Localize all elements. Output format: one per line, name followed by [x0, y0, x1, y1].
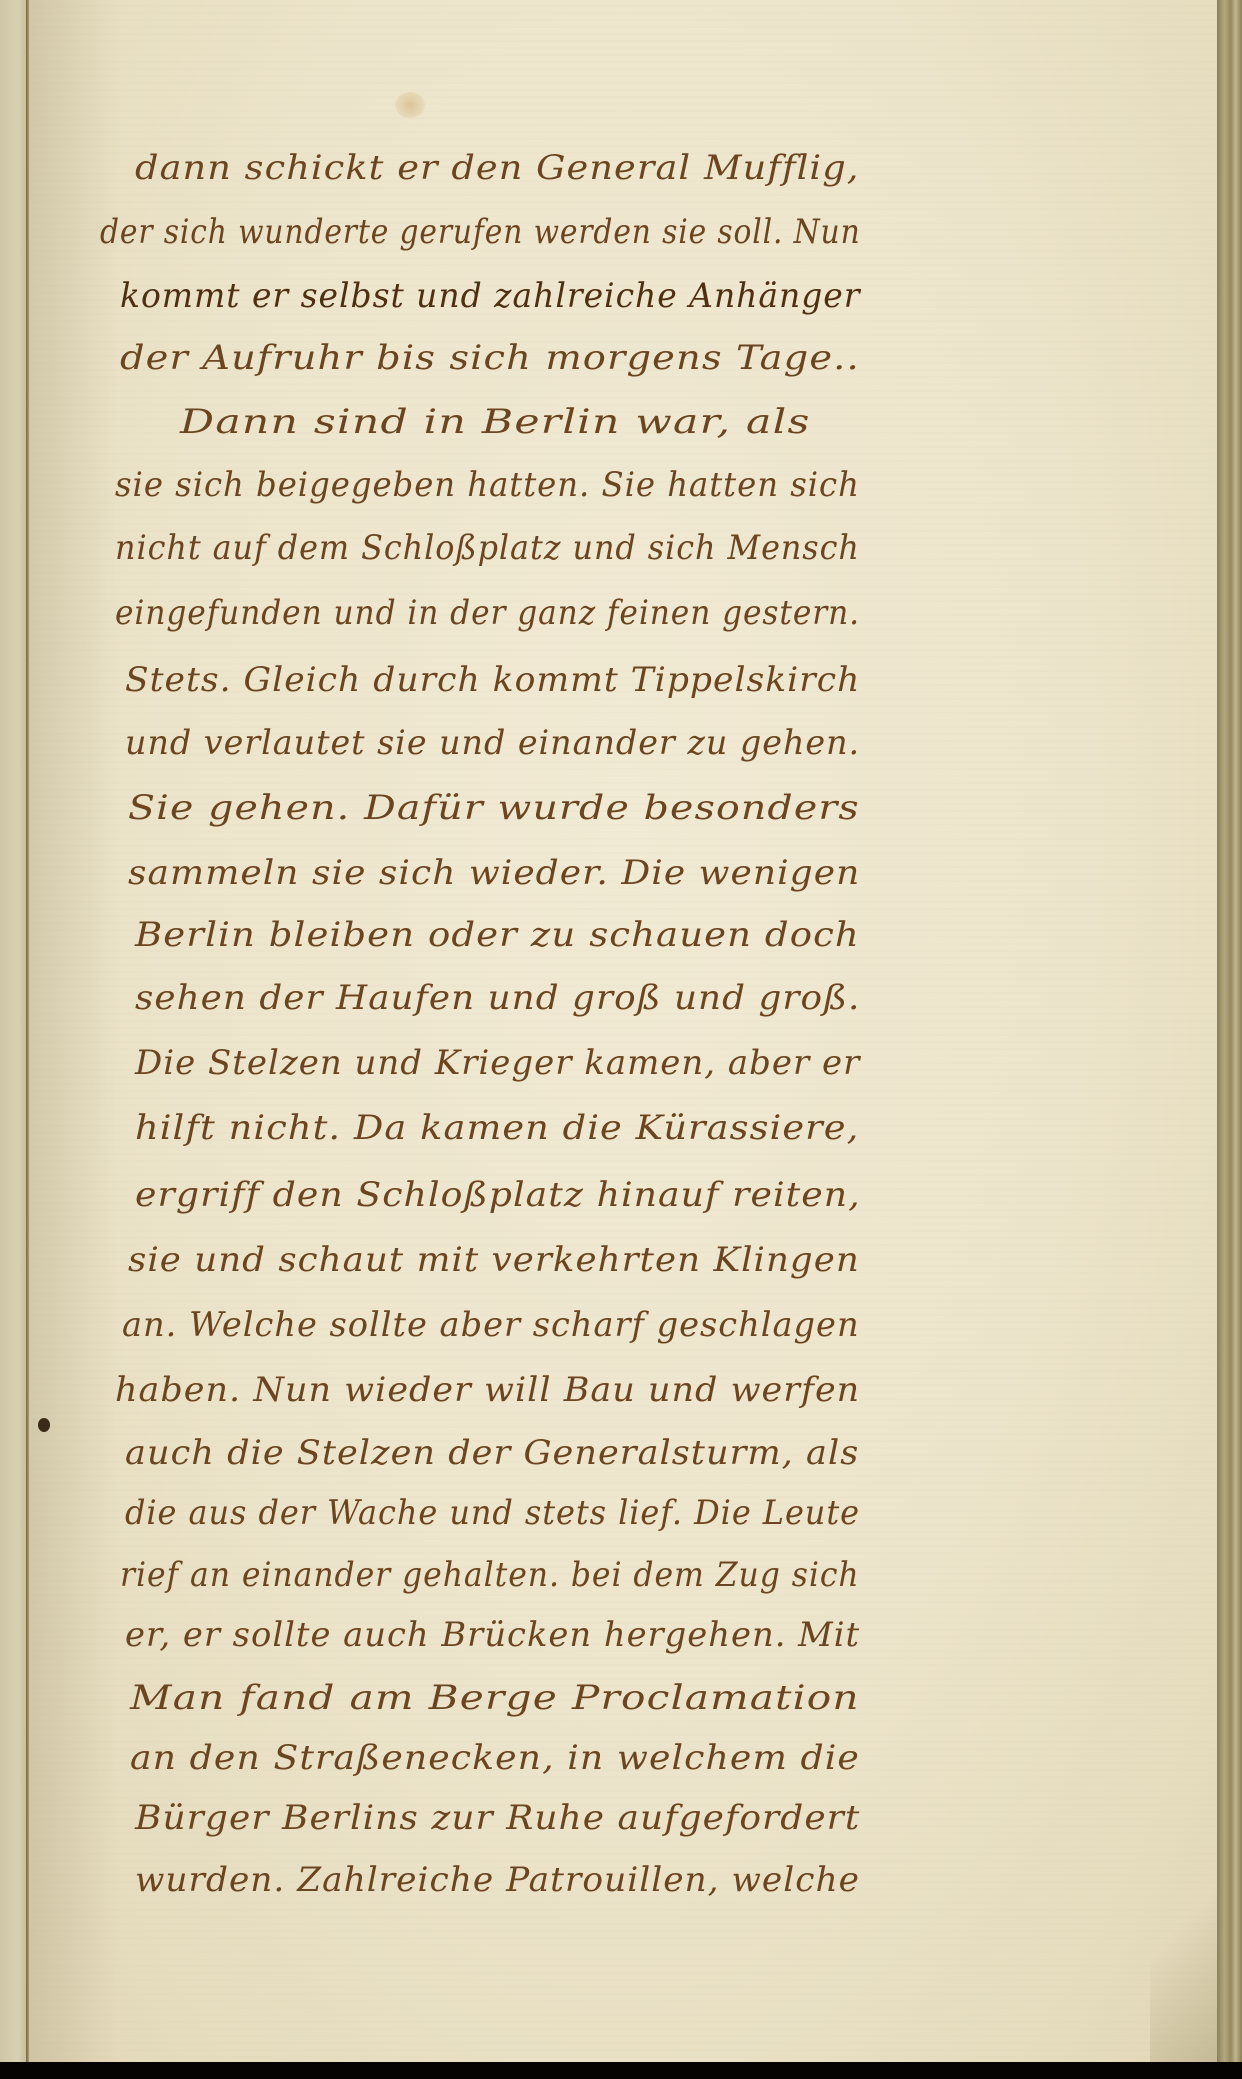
- manuscript-line: eingefunden und in der ganz feinen geste…: [115, 593, 860, 633]
- manuscript-line: Dann sind in Berlin war, als: [180, 402, 811, 442]
- manuscript-line: und verlautet sie und einander zu gehen.: [125, 723, 860, 763]
- manuscript-line: haben. Nun wieder will Bau und werfen: [115, 1370, 860, 1410]
- manuscript-scan: dann schickt er den General Mufflig, der…: [0, 0, 1242, 2062]
- manuscript-line: Stets. Gleich durch kommt Tippelskirch: [125, 660, 860, 700]
- manuscript-line: sie sich beigegeben hatten. Sie hatten s…: [115, 465, 860, 505]
- manuscript-line: der sich wunderte gerufen werden sie sol…: [100, 212, 861, 252]
- manuscript-line: er, er sollte auch Brücken hergehen. Mit: [125, 1615, 860, 1655]
- manuscript-line: wurden. Zahlreiche Patrouillen, welche: [135, 1860, 860, 1900]
- manuscript-line: ergriff den Schloßplatz hinauf reiten,: [135, 1175, 861, 1215]
- manuscript-line: Berlin bleiben oder zu schauen doch: [135, 915, 860, 955]
- manuscript-line: Sie gehen. Dafür wurde besonders: [128, 788, 860, 828]
- manuscript-line: kommt er selbst und zahlreiche Anhänger: [120, 276, 861, 316]
- manuscript-line: auch die Stelzen der Generalsturm, als: [125, 1433, 859, 1473]
- manuscript-line: Man fand am Berge Proclamation: [130, 1678, 860, 1718]
- manuscript-line: sie und schaut mit verkehrten Klingen: [128, 1240, 860, 1280]
- manuscript-line: sehen der Haufen und groß und groß.: [135, 978, 860, 1018]
- handwritten-text-block: dann schickt er den General Mufflig, der…: [0, 0, 1242, 2062]
- manuscript-line: an den Straßenecken, in welchem die: [130, 1738, 860, 1778]
- manuscript-line: der Aufruhr bis sich morgens Tage..: [120, 338, 860, 378]
- manuscript-line: rief an einander gehalten. bei dem Zug s…: [120, 1555, 860, 1595]
- manuscript-line: Die Stelzen und Krieger kamen, aber er: [135, 1043, 860, 1083]
- manuscript-line: dann schickt er den General Mufflig,: [135, 148, 860, 188]
- manuscript-line: die aus der Wache und stets lief. Die Le…: [125, 1493, 860, 1533]
- manuscript-line: Bürger Berlins zur Ruhe aufgefordert: [135, 1798, 860, 1838]
- manuscript-line: hilft nicht. Da kamen die Kürassiere,: [135, 1108, 859, 1148]
- manuscript-line: sammeln sie sich wieder. Die wenigen: [128, 853, 860, 893]
- scan-bottom-border: [0, 2062, 1242, 2079]
- manuscript-line: nicht auf dem Schloßplatz und sich Mensc…: [115, 528, 860, 568]
- manuscript-line: an. Welche sollte aber scharf geschlagen: [122, 1305, 860, 1345]
